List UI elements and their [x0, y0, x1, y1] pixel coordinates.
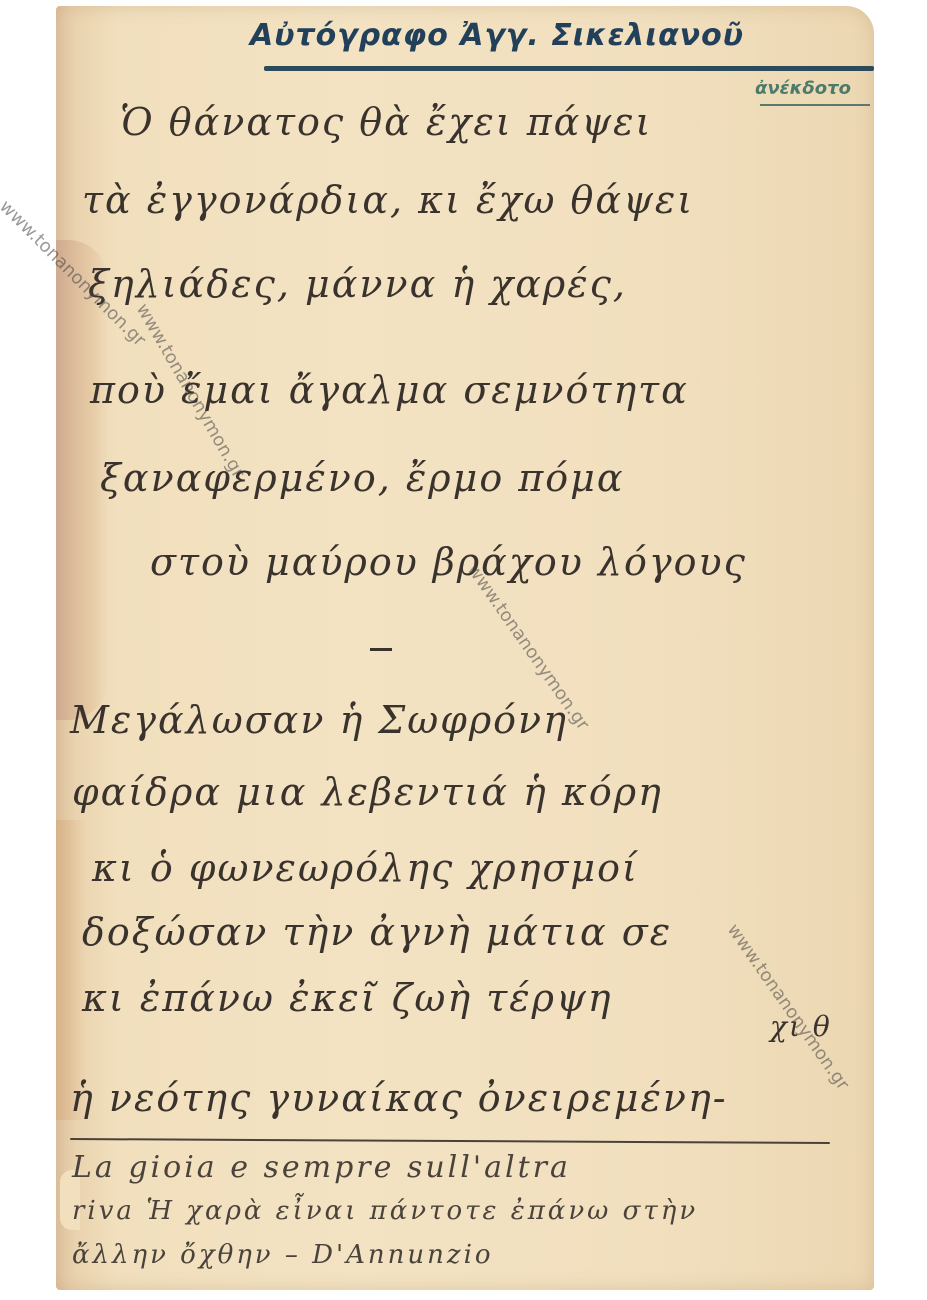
header-subtitle: ἀνέκδοτο — [755, 78, 927, 99]
edge-stain — [56, 820, 86, 1120]
poem-line-7: Μεγάλωσαν ἡ Σωφρόνη — [70, 698, 568, 742]
poem-line-1: Ὁ θάνατος θὰ ἔχει πάψει — [120, 100, 652, 144]
poem-line-6: στοὺ μαύρου βράχου λόγους — [150, 540, 747, 584]
italian-quote-line-1: La gioia e sempre sull'altra — [72, 1150, 571, 1185]
poem-line-3: ξηλιάδες, μάννα ἡ χαρές, — [88, 262, 627, 306]
header-title: Αὐτόγραφο Ἀγγ. Σικελιανοῦ — [250, 18, 744, 53]
poem-line-12: ἡ νεότης γυναίκας ὀνειρεμένη- — [70, 1076, 728, 1120]
poem-line-2: τὰ ἐγγονάρδια, κι ἔχω θάψει — [82, 178, 694, 222]
header-underline — [264, 66, 874, 71]
section-dash — [370, 648, 392, 651]
poem-line-11: κι ἐπάνω ἐκεῖ ζωὴ τέρψη — [82, 976, 613, 1020]
italian-quote-line-3: ἄλλην ὄχθην – D'Annunzio — [72, 1240, 494, 1270]
poem-line-8: φαίδρα μια λεβεντιά ἡ κόρη — [72, 770, 663, 814]
header-subtitle-underline — [760, 104, 870, 106]
italian-quote-line-2: riva Ἡ χαρὰ εἶναι πάντοτε ἐπάνω στὴν — [72, 1196, 698, 1226]
poem-line-10: δοξώσαν τὴν ἀγνὴ μάτια σε — [82, 910, 672, 954]
poem-line-9: κι ὁ φωνεωρόλης χρησμοί — [92, 846, 639, 890]
header: Αὐτόγραφο Ἀγγ. Σικελιανοῦ — [250, 18, 860, 78]
poem-line-5: ξαναφερμένο, ἔρμο πόμα — [100, 456, 625, 500]
